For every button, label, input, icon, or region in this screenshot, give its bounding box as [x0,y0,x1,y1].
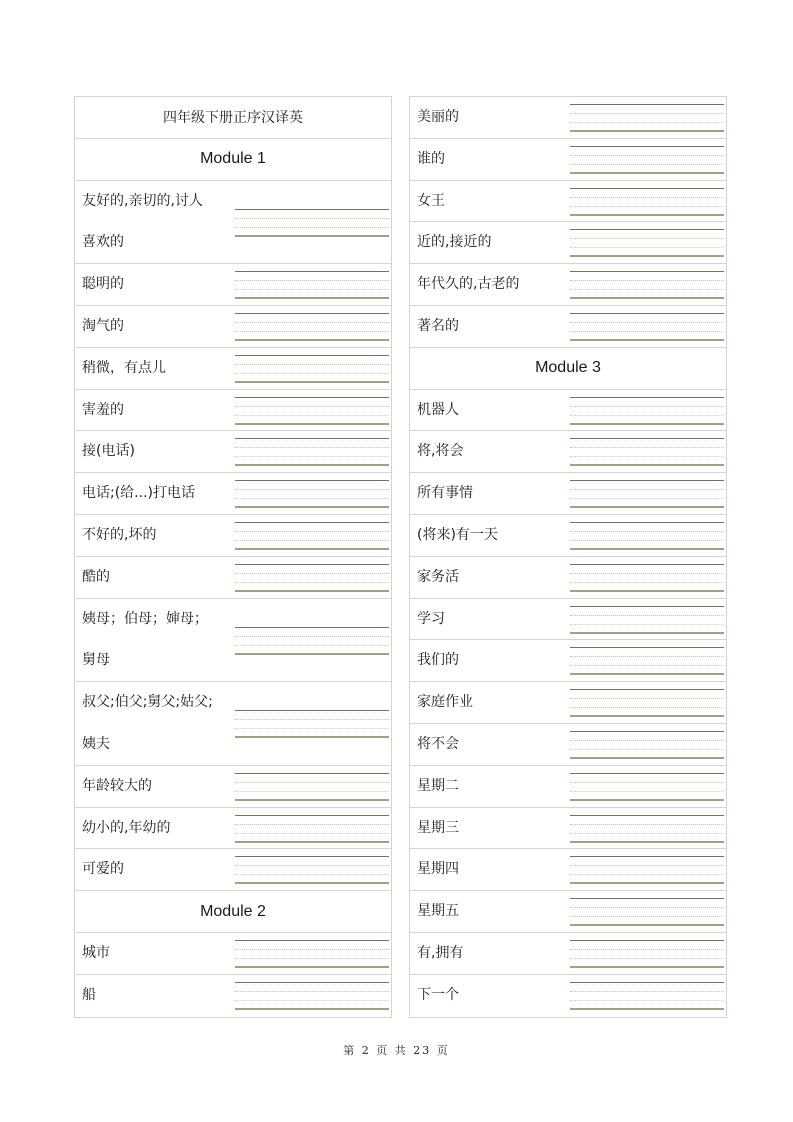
writing-line-bottom [570,841,724,843]
chinese-word-line-1: 家务活 [417,557,459,599]
writing-line-top [570,146,724,147]
vocab-row: 淘气的 [75,306,391,348]
writing-guide-dotted [570,447,724,448]
chinese-word: 美丽的 [417,97,459,139]
writing-line-bottom [570,506,724,508]
chinese-word-line-1: 女王 [417,181,445,223]
writing-line-bottom [235,841,389,843]
writing-line-bottom [570,548,724,550]
chinese-word-line-2: 舅母 [82,640,208,682]
vocab-row: 害羞的 [75,390,391,432]
chinese-word: 我们的 [417,640,459,682]
writing-line-bottom [235,235,389,237]
chinese-word-line-1: 下一个 [417,975,459,1017]
writing-guide-dotted [570,280,724,281]
table-title: 四年级下册正序汉译英 [75,97,391,138]
writing-guide-dotted [235,531,389,532]
chinese-word-line-1: 酷的 [82,557,110,599]
english-writing-lines[interactable] [570,689,724,717]
vocab-row: 接(电话) [75,431,391,473]
vocab-row: 星期三 [410,808,726,850]
writing-guide-dotted [570,782,724,783]
writing-line-top [570,982,724,983]
vocab-row: 叔父;伯父;舅父;姑父;姨夫 [75,682,391,766]
chinese-word: 家务活 [417,557,459,599]
writing-line-top [235,438,389,439]
english-writing-lines[interactable] [235,564,389,592]
writing-guide-dotted [235,582,389,583]
writing-guide-dotted [235,958,389,959]
writing-line-top [570,229,724,230]
english-writing-lines[interactable] [235,209,389,237]
writing-line-bottom [570,966,724,968]
english-writing-lines[interactable] [570,773,724,801]
writing-guide-dotted [570,247,724,248]
writing-line-top [235,815,389,816]
chinese-word: 机器人 [417,390,459,432]
chinese-word: 星期三 [417,808,459,850]
vocab-row: 幼小的,年幼的 [75,808,391,850]
chinese-word-line-1: 谁的 [417,139,445,181]
english-writing-lines[interactable] [235,856,389,884]
chinese-word: 姨母；伯母；婶母；舅母 [82,599,208,641]
writing-guide-dotted [570,949,724,950]
vocab-row: 年代久的,古老的 [410,264,726,306]
writing-guide-dotted [570,197,724,198]
writing-guide-dotted [570,540,724,541]
writing-line-top [570,815,724,816]
chinese-word-line-1: 姨母；伯母；婶母； [82,599,208,641]
writing-guide-dotted [235,824,389,825]
writing-guide-dotted [235,489,389,490]
writing-line-top [570,271,724,272]
writing-line-bottom [570,924,724,926]
vocab-row: 城市 [75,933,391,975]
writing-guide-dotted [570,916,724,917]
english-writing-lines[interactable] [570,647,724,675]
writing-guide-dotted [235,949,389,950]
writing-guide-dotted [570,573,724,574]
left-vocab-table: 四年级下册正序汉译英Module 1友好的,亲切的,讨人喜欢的聪明的淘气的稍微，… [74,96,392,1018]
chinese-word: 学习 [417,599,445,641]
writing-guide-dotted [235,447,389,448]
writing-guide-dotted [570,665,724,666]
chinese-word-line-1: 不好的,坏的 [82,515,156,557]
english-writing-lines[interactable] [570,815,724,843]
writing-line-bottom [235,506,389,508]
writing-line-bottom [570,423,724,425]
writing-guide-dotted [235,791,389,792]
chinese-word-line-1: 稍微，有点儿 [82,348,166,390]
vocab-row: 我们的 [410,640,726,682]
writing-line-top [570,564,724,565]
writing-line-top [235,940,389,941]
vocab-row: 年龄较大的 [75,766,391,808]
writing-line-bottom [235,339,389,341]
english-writing-lines[interactable] [235,438,389,466]
chinese-word: 电话;(给...)打电话 [82,473,195,515]
writing-line-top [235,397,389,398]
english-writing-lines[interactable] [570,731,724,759]
english-writing-lines[interactable] [235,773,389,801]
writing-line-top [570,898,724,899]
vocab-row: 星期二 [410,766,726,808]
chinese-word-line-1: 我们的 [417,640,459,682]
english-writing-lines[interactable] [570,564,724,592]
writing-line-top [570,606,724,607]
english-writing-lines[interactable] [570,856,724,884]
writing-guide-dotted [570,615,724,616]
writing-line-bottom [570,673,724,675]
vocab-row: 将,将会 [410,431,726,473]
writing-line-bottom [235,464,389,466]
writing-guide-dotted [570,791,724,792]
writing-line-bottom [570,464,724,466]
vocab-row: 学习 [410,599,726,641]
writing-guide-dotted [235,991,389,992]
vocab-row: 谁的 [410,139,726,181]
writing-guide-dotted [235,406,389,407]
module-heading: Module 1 [75,139,391,180]
vocab-row: 所有事情 [410,473,726,515]
chinese-word: 淘气的 [82,306,124,348]
chinese-word-line-2: 喜欢的 [82,222,203,264]
english-writing-lines[interactable] [235,355,389,383]
vocab-row: 女王 [410,181,726,223]
writing-line-bottom [235,381,389,383]
english-writing-lines[interactable] [570,104,724,132]
writing-guide-dotted [570,740,724,741]
english-writing-lines[interactable] [235,313,389,341]
writing-guide-dotted [235,227,389,228]
english-writing-lines[interactable] [570,313,724,341]
writing-guide-dotted [235,280,389,281]
english-writing-lines[interactable] [235,982,389,1010]
writing-line-bottom [570,214,724,216]
chinese-word-line-1: 著名的 [417,306,459,348]
chinese-word-line-1: 所有事情 [417,473,473,515]
writing-guide-dotted [235,573,389,574]
writing-line-bottom [570,799,724,801]
chinese-word-line-1: 星期二 [417,766,459,808]
vocab-row: 近的,接近的 [410,222,726,264]
english-writing-lines[interactable] [570,982,724,1010]
writing-line-bottom [235,423,389,425]
english-writing-lines[interactable] [235,627,389,655]
writing-guide-dotted [570,155,724,156]
chinese-word: 幼小的,年幼的 [82,808,170,850]
english-writing-lines[interactable] [235,397,389,425]
chinese-word: 星期二 [417,766,459,808]
english-writing-lines[interactable] [570,898,724,926]
vocab-row: 机器人 [410,390,726,432]
vocab-row: 船 [75,975,391,1017]
english-writing-lines[interactable] [235,940,389,968]
writing-guide-dotted [570,874,724,875]
english-writing-lines[interactable] [570,188,724,216]
writing-guide-dotted [235,331,389,332]
writing-line-top [570,647,724,648]
chinese-word-line-1: 星期四 [417,849,459,891]
writing-guide-dotted [570,833,724,834]
writing-line-top [570,438,724,439]
english-writing-lines[interactable] [235,271,389,299]
english-writing-lines[interactable] [570,522,724,550]
writing-guide-dotted [235,322,389,323]
chinese-word: 聪明的 [82,264,124,306]
writing-line-top [570,313,724,314]
writing-line-bottom [570,757,724,759]
chinese-word-line-1: 将不会 [417,724,459,766]
chinese-word-line-1: 美丽的 [417,97,459,139]
writing-guide-dotted [570,865,724,866]
writing-guide-dotted [235,498,389,499]
english-writing-lines[interactable] [570,271,724,299]
writing-line-top [235,773,389,774]
chinese-word-line-1: 船 [82,975,96,1017]
writing-line-bottom [570,255,724,257]
english-writing-lines[interactable] [570,397,724,425]
writing-line-bottom [570,1008,724,1010]
english-writing-lines[interactable] [570,480,724,508]
writing-line-top [235,355,389,356]
writing-line-bottom [570,339,724,341]
writing-guide-dotted [570,824,724,825]
writing-line-top [570,397,724,398]
writing-line-bottom [235,882,389,884]
writing-guide-dotted [570,531,724,532]
chinese-word-line-1: 害羞的 [82,390,124,432]
chinese-word: 女王 [417,181,445,223]
module-heading: Module 3 [410,348,726,389]
chinese-word-line-1: 年代久的,古老的 [417,264,519,306]
writing-guide-dotted [570,164,724,165]
writing-guide-dotted [235,636,389,637]
writing-guide-dotted [570,958,724,959]
english-writing-lines[interactable] [570,146,724,174]
chinese-word: 星期五 [417,891,459,933]
writing-guide-dotted [570,749,724,750]
chinese-word: 接(电话) [82,431,135,473]
writing-line-top [235,564,389,565]
writing-line-top [235,856,389,857]
writing-guide-dotted [570,498,724,499]
writing-guide-dotted [570,582,724,583]
chinese-word-line-1: 星期三 [417,808,459,850]
writing-guide-dotted [235,540,389,541]
writing-guide-dotted [235,874,389,875]
writing-line-top [235,522,389,523]
writing-line-bottom [235,736,389,738]
writing-line-bottom [235,653,389,655]
chinese-word: 不好的,坏的 [82,515,156,557]
chinese-word: 近的,接近的 [417,222,491,264]
module-heading-row: Module 1 [75,139,391,181]
chinese-word-line-1: 接(电话) [82,431,135,473]
writing-guide-dotted [235,364,389,365]
chinese-word: 可爱的 [82,849,124,891]
vocab-row: 电话;(给...)打电话 [75,473,391,515]
writing-guide-dotted [570,656,724,657]
vocab-row: 著名的 [410,306,726,348]
vocab-row: 星期五 [410,891,726,933]
module-heading: Module 2 [75,891,391,932]
chinese-word: 友好的,亲切的,讨人喜欢的 [82,181,203,223]
chinese-word-line-1: 星期五 [417,891,459,933]
writing-guide-dotted [235,456,389,457]
writing-guide-dotted [570,991,724,992]
chinese-word-line-1: 叔父;伯父;舅父;姑父; [82,682,213,724]
writing-guide-dotted [235,1000,389,1001]
writing-line-top [570,856,724,857]
chinese-word: 船 [82,975,96,1017]
writing-line-top [570,522,724,523]
vocab-row: 下一个 [410,975,726,1017]
chinese-word-line-1: 将,将会 [417,431,463,473]
writing-line-top [570,104,724,105]
writing-line-top [235,982,389,983]
writing-line-bottom [235,799,389,801]
writing-line-bottom [235,1008,389,1010]
vocab-row: (将来)有一天 [410,515,726,557]
writing-line-top [235,710,389,711]
vocab-row: 聪明的 [75,264,391,306]
chinese-word-line-2: 姨夫 [82,724,213,766]
vocab-row: 美丽的 [410,97,726,139]
english-writing-lines[interactable] [570,438,724,466]
writing-line-bottom [570,130,724,132]
english-writing-lines[interactable] [570,229,724,257]
writing-line-bottom [570,590,724,592]
chinese-word: 叔父;伯父;舅父;姑父;姨夫 [82,682,213,724]
vocab-row: 有,拥有 [410,933,726,975]
chinese-word: 将,将会 [417,431,463,473]
chinese-word: 著名的 [417,306,459,348]
writing-guide-dotted [235,719,389,720]
chinese-word-line-1: 近的,接近的 [417,222,491,264]
vocab-row: 稍微，有点儿 [75,348,391,390]
english-writing-lines[interactable] [235,522,389,550]
page-number-footer: 第 2 页 共 23 页 [0,1042,793,1058]
chinese-word-line-1: 机器人 [417,390,459,432]
writing-guide-dotted [235,782,389,783]
writing-line-top [570,480,724,481]
vocab-row: 家庭作业 [410,682,726,724]
writing-guide-dotted [570,707,724,708]
chinese-word-line-1: 幼小的,年幼的 [82,808,170,850]
writing-line-top [570,689,724,690]
chinese-word: 将不会 [417,724,459,766]
writing-line-bottom [570,297,724,299]
vocab-row: 家务活 [410,557,726,599]
chinese-word-line-1: 学习 [417,599,445,641]
english-writing-lines[interactable] [570,940,724,968]
chinese-word-line-1: 聪明的 [82,264,124,306]
writing-line-bottom [235,297,389,299]
chinese-word: 年代久的,古老的 [417,264,519,306]
writing-guide-dotted [570,698,724,699]
chinese-word: 谁的 [417,139,445,181]
chinese-word-line-1: 城市 [82,933,110,975]
writing-guide-dotted [570,1000,724,1001]
writing-guide-dotted [570,415,724,416]
english-writing-lines[interactable] [235,710,389,738]
chinese-word-line-1: (将来)有一天 [417,515,498,557]
vocab-row: 友好的,亲切的,讨人喜欢的 [75,181,391,265]
writing-guide-dotted [235,865,389,866]
chinese-word-line-1: 电话;(给...)打电话 [82,473,195,515]
writing-guide-dotted [570,206,724,207]
vocab-row: 姨母；伯母；婶母；舅母 [75,599,391,683]
writing-line-top [235,627,389,628]
chinese-word-line-1: 淘气的 [82,306,124,348]
writing-guide-dotted [570,331,724,332]
chinese-word-line-1: 可爱的 [82,849,124,891]
writing-guide-dotted [235,289,389,290]
writing-guide-dotted [235,728,389,729]
chinese-word-line-1: 有,拥有 [417,933,463,975]
writing-guide-dotted [235,415,389,416]
right-vocab-table: 美丽的谁的女王近的,接近的年代久的,古老的著名的Module 3机器人将,将会所… [409,96,727,1018]
writing-line-bottom [570,715,724,717]
writing-line-top [570,773,724,774]
writing-line-bottom [235,548,389,550]
module-heading-row: Module 2 [75,891,391,933]
vocab-row: 可爱的 [75,849,391,891]
writing-guide-dotted [235,645,389,646]
chinese-word: 城市 [82,933,110,975]
module-heading-row: Module 3 [410,348,726,390]
vocab-row: 将不会 [410,724,726,766]
chinese-word-line-1: 家庭作业 [417,682,473,724]
chinese-word-line-1: 友好的,亲切的,讨人 [82,181,203,223]
writing-guide-dotted [570,322,724,323]
vocab-row: 不好的,坏的 [75,515,391,557]
writing-guide-dotted [570,238,724,239]
writing-line-bottom [570,172,724,174]
writing-guide-dotted [570,122,724,123]
chinese-word: 稍微，有点儿 [82,348,166,390]
chinese-word: 有,拥有 [417,933,463,975]
writing-guide-dotted [570,907,724,908]
vocab-row: 酷的 [75,557,391,599]
chinese-word: 害羞的 [82,390,124,432]
writing-line-top [570,731,724,732]
writing-guide-dotted [570,624,724,625]
writing-line-top [570,940,724,941]
writing-line-top [235,271,389,272]
chinese-word-line-1: 年龄较大的 [82,766,152,808]
writing-line-bottom [570,882,724,884]
writing-guide-dotted [235,833,389,834]
writing-guide-dotted [570,456,724,457]
vocab-row: 星期四 [410,849,726,891]
chinese-word: (将来)有一天 [417,515,498,557]
english-writing-lines[interactable] [235,480,389,508]
chinese-word: 星期四 [417,849,459,891]
writing-line-bottom [570,632,724,634]
writing-guide-dotted [235,373,389,374]
writing-line-bottom [235,590,389,592]
writing-line-top [235,209,389,210]
english-writing-lines[interactable] [235,815,389,843]
table-title-row: 四年级下册正序汉译英 [75,97,391,139]
writing-guide-dotted [235,218,389,219]
writing-guide-dotted [570,489,724,490]
chinese-word: 所有事情 [417,473,473,515]
writing-guide-dotted [570,113,724,114]
english-writing-lines[interactable] [570,606,724,634]
